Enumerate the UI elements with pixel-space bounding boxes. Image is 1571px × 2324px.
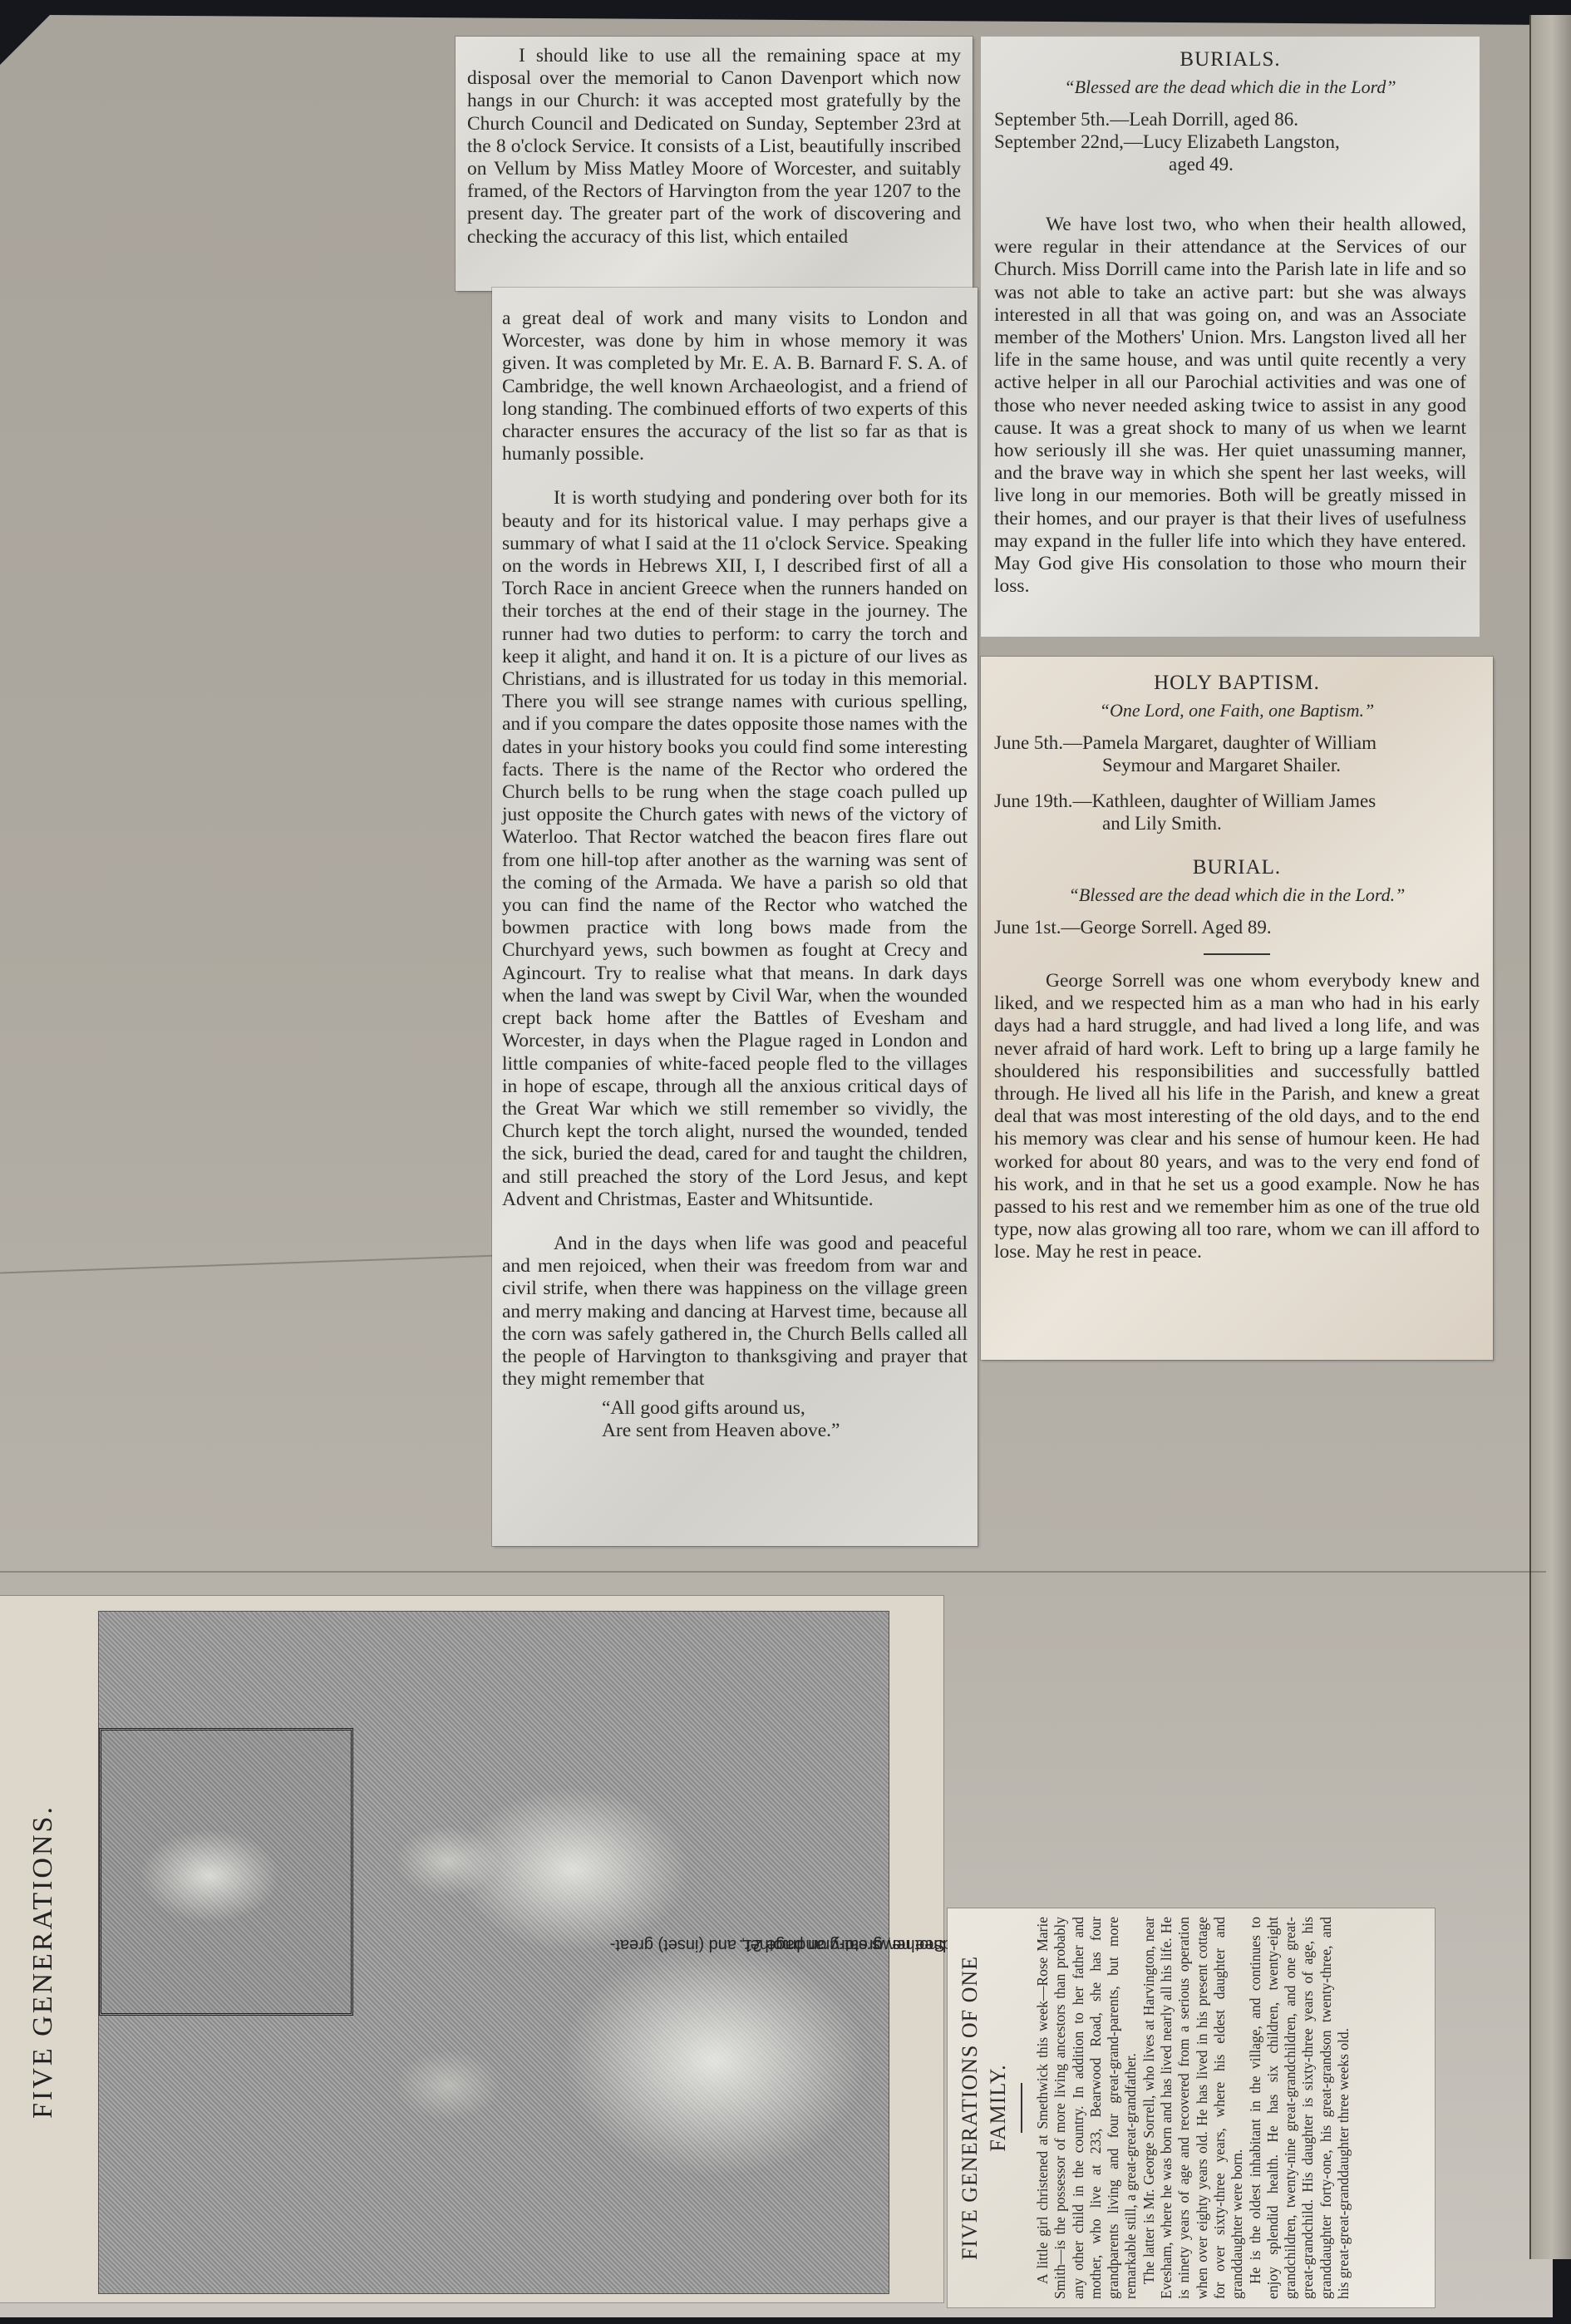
article-paragraph: The latter is Mr. George Sorrell, who li…: [1140, 1917, 1247, 2299]
memorial-paragraph-3: It is worth studying and pondering over …: [502, 487, 968, 1211]
article-title-line-2: FAMILY.: [984, 1917, 1012, 2299]
burial-heading: BURIAL.: [994, 856, 1480, 879]
photo-caption: A Smethwick baby with father, grandmothe…: [877, 1600, 943, 2290]
five-generations-side-label: FIVE GENERATIONS.: [18, 1762, 68, 2161]
baptism-entry: June 5th.—Pamela Margaret, daughter of W…: [994, 731, 1480, 776]
baptism-heading: HOLY BAPTISM.: [994, 672, 1480, 695]
five-generations-article-clipping: FIVE GENERATIONS OF ONE FAMILY. A little…: [948, 1908, 1435, 2307]
memorial-clipping-top: I should like to use all the remaining s…: [456, 37, 973, 291]
page-binding-edge: [1529, 15, 1571, 2259]
burials-motto: “Blessed are the dead which die in the L…: [994, 76, 1466, 98]
divider-rule: [1021, 2083, 1022, 2133]
article-paragraph: A little girl christened at Smethwick th…: [1034, 1917, 1140, 2299]
burial-entry: June 1st.—George Sorrell. Aged 89.: [994, 916, 1480, 938]
burial-entry: September 5th.—Leah Dorrill, aged 86.: [994, 108, 1466, 130]
article-paragraph: He is the oldest inhabitant in the villa…: [1247, 1917, 1353, 2299]
burials-tribute: We have lost two, who when their health …: [994, 214, 1466, 598]
memorial-verse-line-1: “All good gifts around us,: [602, 1397, 968, 1420]
burial-motto: “Blessed are the dead which die in the L…: [994, 884, 1480, 906]
memorial-clipping-main: a great deal of work and many visits to …: [492, 288, 978, 1546]
article-title-line-1: FIVE GENERATIONS OF ONE: [956, 1917, 984, 2299]
baptism-motto: “One Lord, one Faith, one Baptism.”: [994, 700, 1480, 721]
memorial-verse-line-2: Are sent from Heaven above.”: [602, 1420, 968, 1442]
baptism-burial-clipping: HOLY BAPTISM. “One Lord, one Faith, one …: [981, 657, 1493, 1360]
divider-rule: [1204, 953, 1270, 955]
memorial-paragraph-1: I should like to use all the remaining s…: [467, 45, 961, 249]
paper-crease: [0, 1571, 1546, 1573]
burials-heading: BURIALS.: [994, 48, 1466, 71]
burials-clipping: BURIALS. “Blessed are the dead which die…: [981, 37, 1480, 637]
memorial-paragraph-2: a great deal of work and many visits to …: [502, 308, 968, 465]
inset-portrait: [99, 1728, 353, 2016]
burial-entry: September 22nd,—Lucy Elizabeth Langston,…: [994, 130, 1466, 175]
baptism-entry: June 19th.—Kathleen, daughter of William…: [994, 790, 1480, 835]
burial-tribute: George Sorrell was one whom everybody kn…: [994, 970, 1480, 1264]
memorial-paragraph-4: And in the days when life was good and p…: [502, 1233, 968, 1391]
